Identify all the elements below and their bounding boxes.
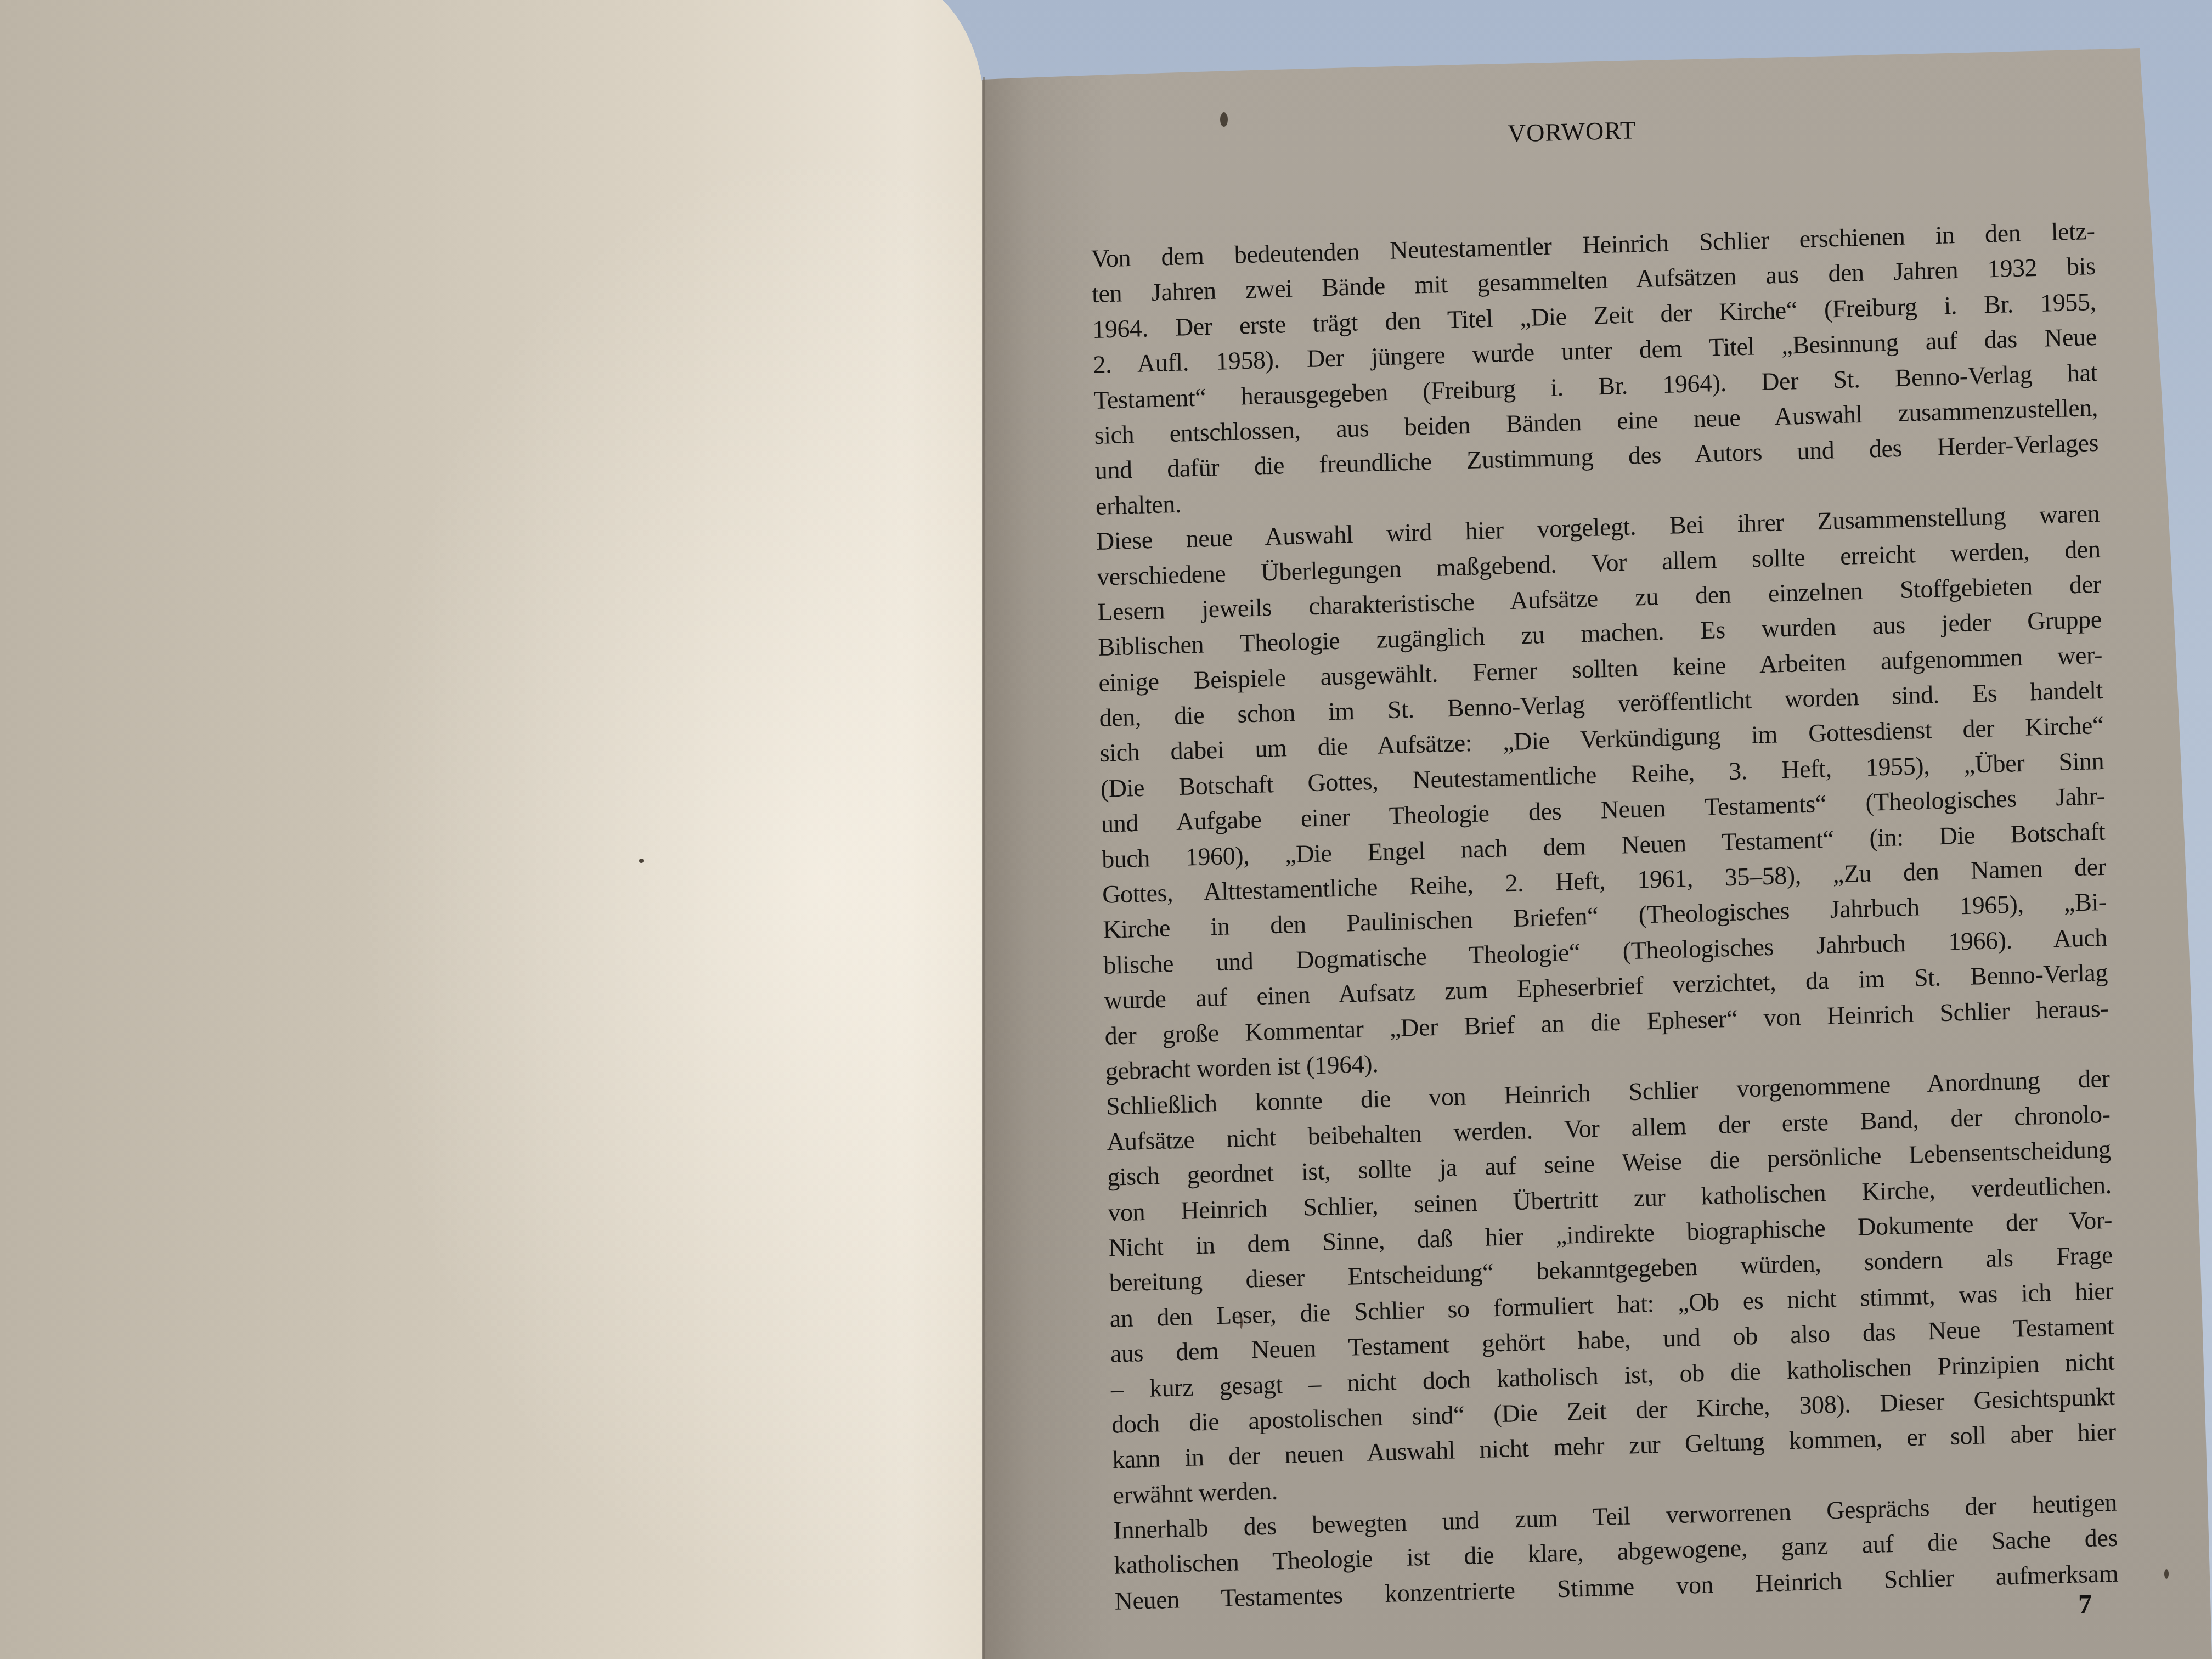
left-blank-page (0, 0, 985, 1659)
paper-speck (639, 859, 644, 863)
book-photo-scene: VORWORT Von dem bedeutenden Neutestament… (0, 0, 2212, 1659)
paper-speck (1220, 112, 1228, 127)
page-number: 7 (2078, 1588, 2092, 1620)
body-text: Von dem bedeutenden Neutestamentler Hein… (1091, 213, 2118, 1619)
book-gutter (983, 77, 985, 1659)
page-text-block: VORWORT Von dem bedeutenden Neutestament… (1089, 104, 2119, 1619)
paper-speck (2164, 1569, 2169, 1579)
